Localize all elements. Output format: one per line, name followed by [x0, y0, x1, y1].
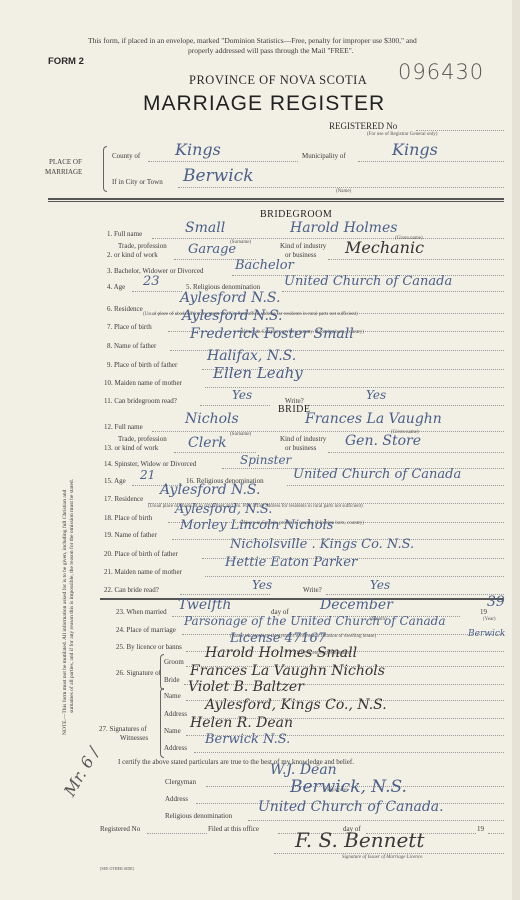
groom-write-field[interactable] [308, 405, 504, 406]
licence-label: 25. By licence or banns [116, 643, 182, 651]
groom-given-name: Harold Holmes [290, 220, 397, 236]
denomination-field[interactable] [248, 820, 504, 821]
serial-number: 096430 [398, 60, 484, 84]
clergyman-signature: W.J. Dean [270, 762, 337, 778]
issuer-signature-field[interactable] [274, 853, 504, 854]
witness2-name-label: Name [164, 727, 181, 735]
margin-note: NOTE.—This form must not be mutilated. A… [62, 479, 76, 735]
witnesses-label-1: 27. Signatures of [99, 725, 147, 733]
bride-industry-label-1: Kind of industry [280, 435, 326, 443]
groom-full-name-field[interactable] [152, 238, 504, 239]
bride-religion-value: United Church of Canada [293, 467, 461, 482]
groom-religion-field[interactable] [282, 291, 504, 292]
marriage-register-document: This form, if placed in an envelope, mar… [0, 0, 512, 900]
place-label-1: PLACE OF [49, 158, 82, 166]
groom-birthplace-label: 7. Place of birth [107, 323, 152, 331]
bride-surname-note: (Surname) [230, 432, 251, 437]
witness2-address-field[interactable] [194, 752, 504, 753]
groom-industry-label-1: Kind of industry [280, 242, 326, 250]
registered-no-label: REGISTERED No [329, 121, 397, 131]
bride-birthplace-value: Aylesford, N.S. [175, 502, 272, 517]
witnesses-label-2: Witnesses [120, 734, 148, 742]
document-title: MARRIAGE REGISTER [143, 92, 385, 116]
groom-industry-value: Mechanic [345, 238, 424, 257]
denomination-label: Religious denomination [165, 812, 232, 820]
licence-value: License 47167 [230, 631, 326, 646]
bride-mother-value: Hettie Eaton Parker [225, 555, 357, 570]
bride-status-value: Spinster [240, 453, 291, 467]
groom-age-value: 23 [143, 274, 160, 289]
bride-industry-label-2: or business [285, 444, 316, 452]
groom-age-field[interactable] [132, 291, 182, 292]
margin-note-line2: surnames of all parties, and if for any … [69, 479, 76, 735]
groom-industry-field[interactable] [328, 259, 504, 260]
place-label-2: MARRIAGE [45, 168, 82, 176]
form-number: FORM 2 [48, 56, 84, 67]
day-value: Twelfth [178, 597, 231, 613]
groom-age-label: 4. Age [107, 283, 125, 291]
bride-full-name-field[interactable] [152, 431, 504, 432]
divider [48, 198, 504, 202]
registered-no-field[interactable] [416, 130, 504, 131]
county-value: Kings [175, 140, 221, 159]
groom-read-field[interactable] [200, 405, 270, 406]
place-of-marriage-value: Parsonage of the United Church of Canada [184, 614, 446, 628]
bride-write-field[interactable] [326, 594, 504, 595]
bride-father-label: 19. Name of father [104, 531, 157, 539]
groom-sig-label: Groom [164, 658, 184, 666]
groom-signature: Harold Holmes Small [205, 645, 357, 661]
margin-pencil-annotation: Mr. 6 / [60, 744, 103, 799]
groom-residence-value: Aylesford N.S. [180, 290, 280, 306]
groom-trade-label-2: 2. or kind of work [107, 251, 158, 259]
bride-religion-field[interactable] [287, 485, 504, 486]
filed-year-prefix: 19 [477, 825, 484, 833]
county-field[interactable] [148, 161, 298, 162]
bride-read-value: Yes [252, 578, 272, 592]
month-value: December [320, 597, 393, 613]
bride-age-value: 21 [140, 468, 155, 482]
year-prefix: 19 [480, 608, 487, 616]
groom-mother-label: 10. Maiden name of mother [104, 379, 182, 387]
municipality-value: Kings [392, 140, 438, 159]
divider [100, 598, 504, 600]
bride-mother-field[interactable] [205, 576, 504, 577]
clergy-address-label: Address [165, 795, 188, 803]
bride-full-name-label: 12. Full name [104, 423, 143, 431]
groom-status-value: Bachelor [235, 258, 294, 273]
issuer-note: Signature of Issuer of Marriage Licence. [342, 855, 423, 860]
bride-read-field[interactable] [180, 594, 270, 595]
margin-note-line1: NOTE.—This form must not be mutilated. A… [62, 479, 69, 735]
place-of-marriage-town: Berwick [468, 629, 505, 639]
groom-father-birth-label: 9. Place of birth of father [107, 361, 177, 369]
see-other-side: [SEE OTHER SIDE] [100, 866, 134, 871]
bridegroom-heading: BRIDEGROOM [260, 209, 332, 220]
county-label: County of [112, 152, 140, 160]
mail-notice-line2: properly addressed will pass through the… [188, 46, 354, 55]
bride-sig-label: Bride [164, 676, 180, 684]
bride-birthplace-label: 18. Place of birth [104, 514, 152, 522]
witness1-name: Violet B. Baltzer [188, 679, 304, 695]
issuer-signature: F. S. Bennett [295, 828, 424, 852]
registered-no-bottom-field[interactable] [147, 833, 207, 834]
when-married-label: 23. When married [116, 608, 167, 616]
bride-mother-label: 21. Maiden name of mother [104, 568, 182, 576]
groom-read-value: Yes [232, 388, 252, 402]
place-of-marriage-label: 24. Place of marriage [116, 626, 176, 634]
bride-father-birth-value: Nicholsville . Kings Co. N.S. [230, 537, 414, 552]
bride-residence-label: 17. Residence [104, 495, 143, 503]
groom-trade-value: Garage [188, 242, 236, 257]
groom-father-label: 8. Name of father [107, 342, 156, 350]
city-field[interactable] [178, 187, 504, 188]
denomination-value: United Church of Canada. [258, 799, 444, 815]
bride-write-value: Yes [370, 578, 390, 592]
witness2-address-label: Address [164, 744, 187, 752]
year-note: (Year) [483, 617, 496, 622]
witness1-address-label: Address [164, 710, 187, 718]
groom-residence-label: 6. Residence [107, 305, 143, 313]
clergy-address-value: Berwick, N.S. [290, 777, 407, 797]
groom-father-birth-value: Halifax, N.S. [207, 348, 296, 364]
bride-age-label: 15. Age [104, 477, 126, 485]
bride-signature: Frances La Vaughn Nichols [190, 663, 385, 679]
groom-religion-value: United Church of Canada [284, 274, 452, 289]
bride-residence-value: Aylesford N.S. [160, 482, 260, 498]
municipality-field[interactable] [358, 161, 504, 162]
place-brace [103, 146, 107, 192]
groom-father-value: Frederick Foster Small [190, 326, 354, 342]
bride-father-value: Morley Lincoln Nichols [180, 518, 333, 533]
bride-write-label: Write? [303, 586, 322, 594]
city-label: If in City or Town [112, 178, 163, 186]
filed-year-field[interactable] [488, 833, 504, 834]
bride-status-label: 14. Spinster, Widow or Divorced [104, 460, 196, 468]
groom-mother-value: Ellen Leahy [213, 364, 303, 382]
mail-notice-line1: This form, if placed in an envelope, mar… [88, 36, 417, 45]
groom-write-value: Yes [366, 388, 386, 402]
groom-full-name-label: 1. Full name [107, 230, 142, 238]
bride-given-name: Frances La Vaughn [305, 411, 442, 427]
witness1-address: Aylesford, Kings Co., N.S. [205, 697, 387, 713]
bride-read-label: 22. Can bride read? [104, 586, 159, 594]
groom-trade-label-1: Trade, profession [118, 242, 167, 250]
bride-industry-value: Gen. Store [345, 433, 421, 449]
city-note: (Name) [336, 189, 351, 194]
bride-trade-label-1: Trade, profession [118, 435, 167, 443]
registered-no-note: (For use of Registrar General only) [367, 132, 437, 137]
registered-no-bottom-label: Registered No [100, 825, 140, 833]
clergyman-label: Clergyman [165, 778, 196, 786]
bride-surname: Nichols [185, 411, 239, 427]
bride-trade-value: Clerk [188, 435, 227, 451]
bride-industry-field[interactable] [328, 452, 504, 453]
witness2-name: Helen R. Dean [190, 715, 293, 731]
witness2-address: Berwick N.S. [205, 732, 290, 747]
province-heading: PROVINCE OF NOVA SCOTIA [189, 73, 367, 88]
witness1-name-label: Name [164, 692, 181, 700]
paper-edge [512, 0, 520, 900]
signature-of-label: 26. Signature of [116, 669, 161, 677]
municipality-label: Municipality of [302, 152, 346, 160]
city-value: Berwick [183, 166, 254, 186]
bride-father-birth-label: 20. Place of birth of father [104, 550, 178, 558]
bride-trade-label-2: 13. or kind of work [104, 444, 158, 452]
groom-read-label: 11. Can bridegroom read? [104, 397, 177, 405]
filed-label: Filed at this office [208, 825, 259, 833]
groom-surname: Small [185, 220, 225, 236]
groom-birthplace-value: Aylesford N.S. [182, 308, 282, 324]
year-value: 39 [487, 594, 505, 610]
